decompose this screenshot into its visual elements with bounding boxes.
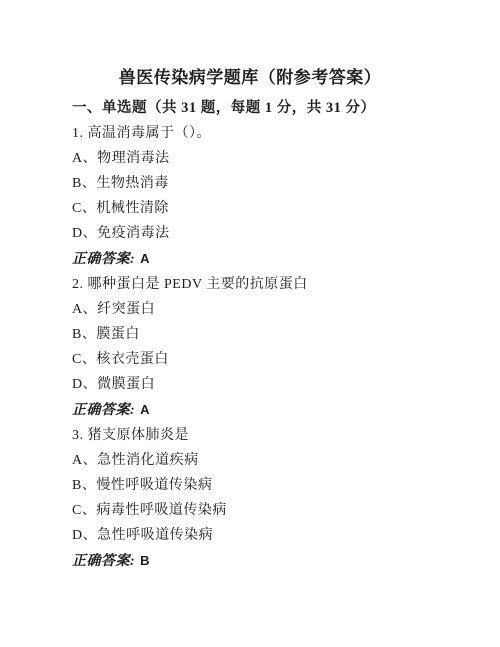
answer-label: 正确答案: bbox=[72, 554, 135, 569]
option-item: D、急性呼吸道传染病 bbox=[72, 523, 464, 548]
question-block: 2.哪种蛋白是 PEDV 主要的抗原蛋白 A、纤突蛋白 B、膜蛋白 C、核衣壳蛋… bbox=[72, 272, 464, 423]
question-stem: 高温消毒属于（）。 bbox=[88, 126, 212, 141]
option-item: C、核衣壳蛋白 bbox=[72, 347, 464, 372]
option-item: A、物理消毒法 bbox=[72, 146, 464, 171]
question-text: 2.哪种蛋白是 PEDV 主要的抗原蛋白 bbox=[72, 272, 464, 297]
question-number: 2. bbox=[72, 277, 84, 292]
option-item: A、纤突蛋白 bbox=[72, 297, 464, 322]
option-item: B、生物热消毒 bbox=[72, 171, 464, 196]
question-number: 1. bbox=[72, 126, 84, 141]
option-item: D、微膜蛋白 bbox=[72, 372, 464, 397]
page-title: 兽医传染病学题库（附参考答案） bbox=[0, 65, 500, 90]
answer-line: 正确答案:B bbox=[72, 548, 464, 574]
question-text: 1.高温消毒属于（）。 bbox=[72, 121, 464, 146]
question-stem: 哪种蛋白是 PEDV 主要的抗原蛋白 bbox=[88, 277, 308, 292]
answer-value: B bbox=[140, 553, 150, 568]
option-item: D、免疫消毒法 bbox=[72, 221, 464, 246]
option-item: C、病毒性呼吸道传染病 bbox=[72, 498, 464, 523]
document-body: 一、单选题（共 31 题，每题 1 分，共 31 分） 1.高温消毒属于（）。 … bbox=[0, 96, 500, 574]
answer-label: 正确答案: bbox=[72, 403, 135, 418]
option-item: A、急性消化道疾病 bbox=[72, 448, 464, 473]
option-item: B、慢性呼吸道传染病 bbox=[72, 473, 464, 498]
question-number: 3. bbox=[72, 428, 84, 443]
option-item: B、膜蛋白 bbox=[72, 322, 464, 347]
question-block: 3.猪支原体肺炎是 A、急性消化道疾病 B、慢性呼吸道传染病 C、病毒性呼吸道传… bbox=[72, 423, 464, 574]
question-block: 1.高温消毒属于（）。 A、物理消毒法 B、生物热消毒 C、机械性清除 D、免疫… bbox=[72, 121, 464, 272]
document-page: 兽医传染病学题库（附参考答案） 一、单选题（共 31 题，每题 1 分，共 31… bbox=[0, 0, 500, 647]
answer-line: 正确答案:A bbox=[72, 246, 464, 272]
answer-value: A bbox=[140, 402, 150, 417]
answer-label: 正确答案: bbox=[72, 252, 135, 267]
option-item: C、机械性清除 bbox=[72, 196, 464, 221]
question-text: 3.猪支原体肺炎是 bbox=[72, 423, 464, 448]
answer-value: A bbox=[140, 251, 150, 266]
answer-line: 正确答案:A bbox=[72, 397, 464, 423]
question-stem: 猪支原体肺炎是 bbox=[88, 428, 190, 443]
section-heading: 一、单选题（共 31 题，每题 1 分，共 31 分） bbox=[72, 96, 464, 121]
